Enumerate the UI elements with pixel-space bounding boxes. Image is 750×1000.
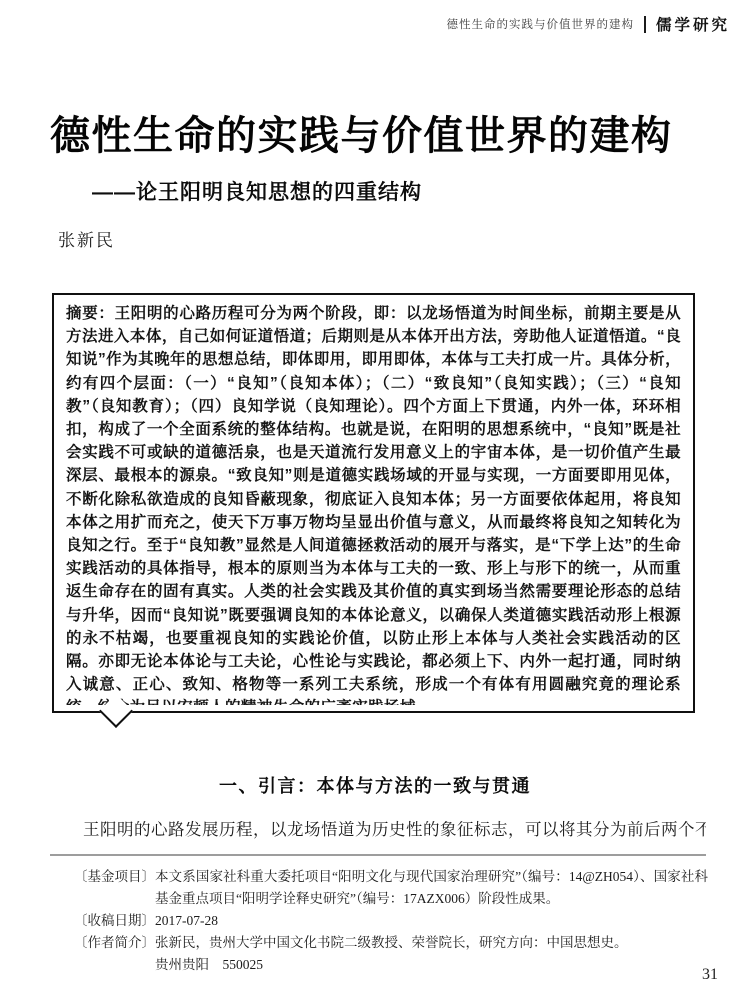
abstract-content: 摘要：王阳明的心路历程可分为两个阶段，即：以龙场悟道为时间坐标，前期主要是从方法…: [66, 302, 681, 705]
running-header: 德性生命的实践与价值世界的建构 儒学研究: [446, 13, 730, 35]
abstract-callout-box: 摘要：王阳明的心路历程可分为两个阶段，即：以龙场悟道为时间坐标，前期主要是从方法…: [52, 293, 695, 713]
footnote-address-line: 贵州贵阳 550025: [155, 954, 708, 976]
article-subtitle: ——论王阳明良知思想的四重结构: [92, 176, 692, 206]
footnote-received-date: 〔收稿日期〕 2017-07-28: [74, 910, 708, 932]
abstract-body-text: 王阳明的心路历程可分为两个阶段，即：以龙场悟道为时间坐标，前期主要是从方法进入本…: [66, 305, 681, 705]
footnote-label: 〔作者简介〕: [74, 932, 155, 954]
header-divider-bar: [644, 16, 646, 33]
footnotes-block: 〔基金项目〕 本文系国家社科重大委托项目“阳明文化与现代国家治理研究”（编号：1…: [74, 866, 708, 976]
footnote-divider-rule: [50, 854, 706, 856]
abstract-label: 摘要：: [66, 305, 115, 322]
footnote-label: 〔基金项目〕: [74, 866, 155, 888]
footnote-text: 2017-07-28: [155, 910, 708, 932]
footnote-bio-line: 张新民，贵州大学中国文化书院二级教授、荣誉院长，研究方向：中国思想史。: [155, 935, 628, 950]
journal-section-label: 儒学研究: [656, 13, 730, 35]
abstract-paragraph: 摘要：王阳明的心路历程可分为两个阶段，即：以龙场悟道为时间坐标，前期主要是从方法…: [66, 302, 681, 705]
running-header-title: 德性生命的实践与价值世界的建构: [446, 16, 634, 32]
author-name: 张新民: [58, 226, 115, 251]
section-heading: 一、引言：本体与方法的一致与贯通: [0, 772, 750, 798]
footnote-author-bio: 〔作者简介〕 张新民，贵州大学中国文化书院二级教授、荣誉院长，研究方向：中国思想…: [74, 932, 708, 976]
journal-page: 德性生命的实践与价值世界的建构 儒学研究 德性生命的实践与价值世界的建构 ——论…: [0, 0, 750, 1000]
footnote-text: 本文系国家社科重大委托项目“阳明文化与现代国家治理研究”（编号：14@ZH054…: [155, 866, 708, 910]
body-paragraph: 王阳明的心路发展历程，以龙场悟道为历史性的象征标志，可以将其分为前后两个不同的分…: [50, 816, 706, 843]
footnote-label: 〔收稿日期〕: [74, 910, 155, 932]
footnote-text: 张新民，贵州大学中国文化书院二级教授、荣誉院长，研究方向：中国思想史。贵州贵阳 …: [155, 932, 708, 976]
page-number: 31: [702, 966, 718, 984]
article-title: 德性生命的实践与价值世界的建构: [50, 110, 710, 162]
footnote-fund-project: 〔基金项目〕 本文系国家社科重大委托项目“阳明文化与现代国家治理研究”（编号：1…: [74, 866, 708, 910]
